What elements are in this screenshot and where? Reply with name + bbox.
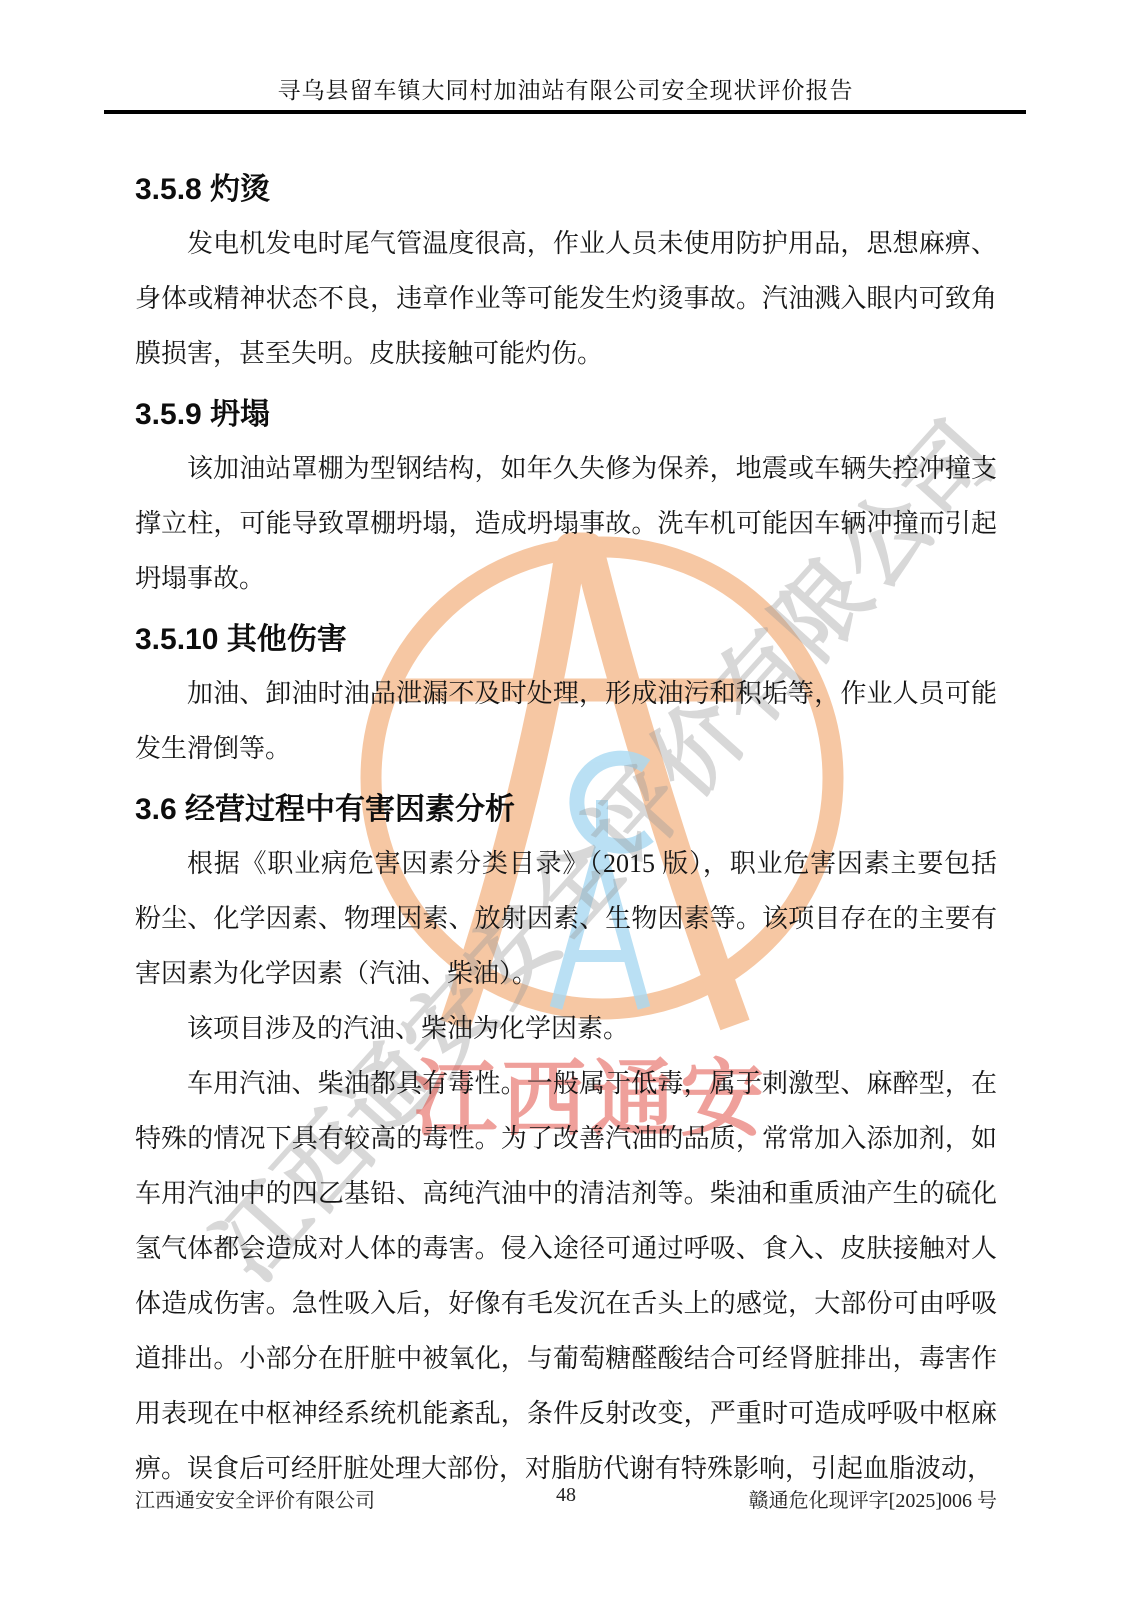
section-heading-3-5-8: 3.5.8 灼烫 [135,170,997,210]
section-heading-3-5-9: 3.5.9 坍塌 [135,395,997,435]
paragraph: 发电机发电时尾气管温度很高，作业人员未使用防护用品，思想麻痹、身体或精神状态不良… [135,216,997,381]
footer-document-number: 赣通危化现评字[2025]006 号 [749,1484,997,1513]
paragraph: 根据《职业病危害因素分类目录》（2015 版），职业危害因素主要包括粉尘、化学因… [135,836,997,1001]
header-rule [104,110,1026,114]
section-heading-3-6: 3.6 经营过程中有害因素分析 [135,790,997,830]
page-footer: 江西通安安全评价有限公司 48 赣通危化现评字[2025]006 号 [135,1484,997,1514]
page-header-title: 寻乌县留车镇大同村加油站有限公司安全现状评价报告 [0,72,1131,105]
section-heading-3-5-10: 3.5.10 其他伤害 [135,620,997,660]
paragraph: 加油、卸油时油品泄漏不及时处理，形成油污和积垢等，作业人员可能发生滑倒等。 [135,666,997,776]
document-body: 3.5.8 灼烫 发电机发电时尾气管温度很高，作业人员未使用防护用品，思想麻痹、… [135,152,997,1496]
paragraph: 车用汽油、柴油都具有毒性。一般属于低毒，属于刺激型、麻醉型，在特殊的情况下具有较… [135,1056,997,1496]
report-page: 江西通安安全评价有限公司 江西通安 寻乌县留车镇大同村加油站有限公司安全现状评价… [0,0,1131,1600]
paragraph: 该项目涉及的汽油、柴油为化学因素。 [135,1001,997,1056]
paragraph: 该加油站罩棚为型钢结构，如年久失修为保养，地震或车辆失控冲撞支撑立柱，可能导致罩… [135,441,997,606]
